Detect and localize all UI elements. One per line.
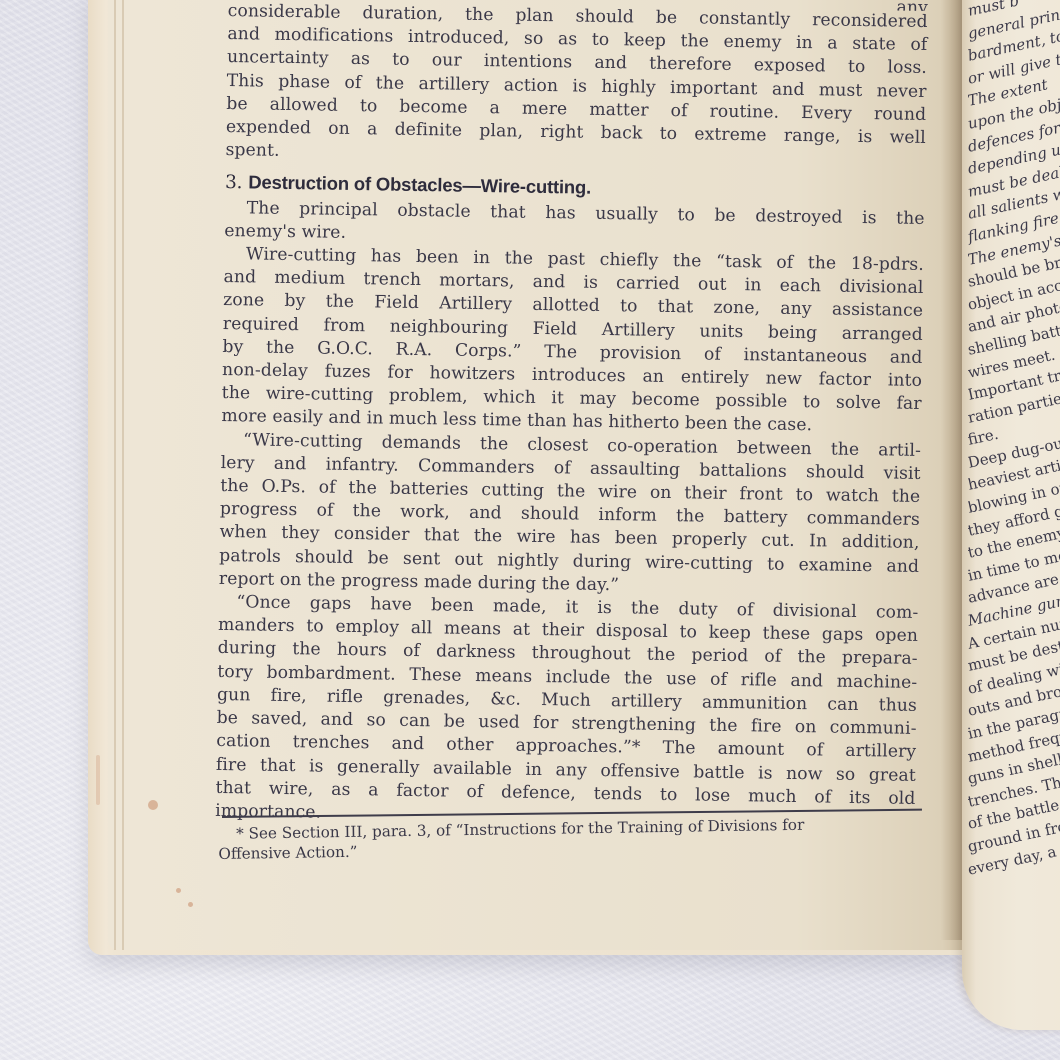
photo-scene: any considerable duration, the plan shou…	[0, 0, 1060, 1060]
paragraph: “Wire-cutting demands the closest co-ope…	[219, 429, 921, 602]
foxing-stain	[188, 902, 193, 907]
opening-paragraph: considerable duration, the plan should b…	[225, 0, 927, 173]
right-page-text: must bgeneral prinbardment, toor will gi…	[968, 0, 1060, 881]
paragraph: Wire-cutting has been in the past chiefl…	[221, 243, 924, 440]
paragraph: “Once gaps have been made, it is the dut…	[215, 591, 919, 834]
section-number: 3.	[225, 172, 243, 193]
page-edge-line	[122, 0, 124, 950]
section-title: Destruction of Obstacles—Wire-cutting.	[248, 172, 591, 198]
page-edge-line	[114, 0, 116, 950]
foxing-stain	[96, 755, 100, 805]
foxing-stain	[148, 800, 158, 810]
left-page-text: any considerable duration, the plan shou…	[215, 0, 928, 834]
foxing-stain	[176, 888, 181, 893]
